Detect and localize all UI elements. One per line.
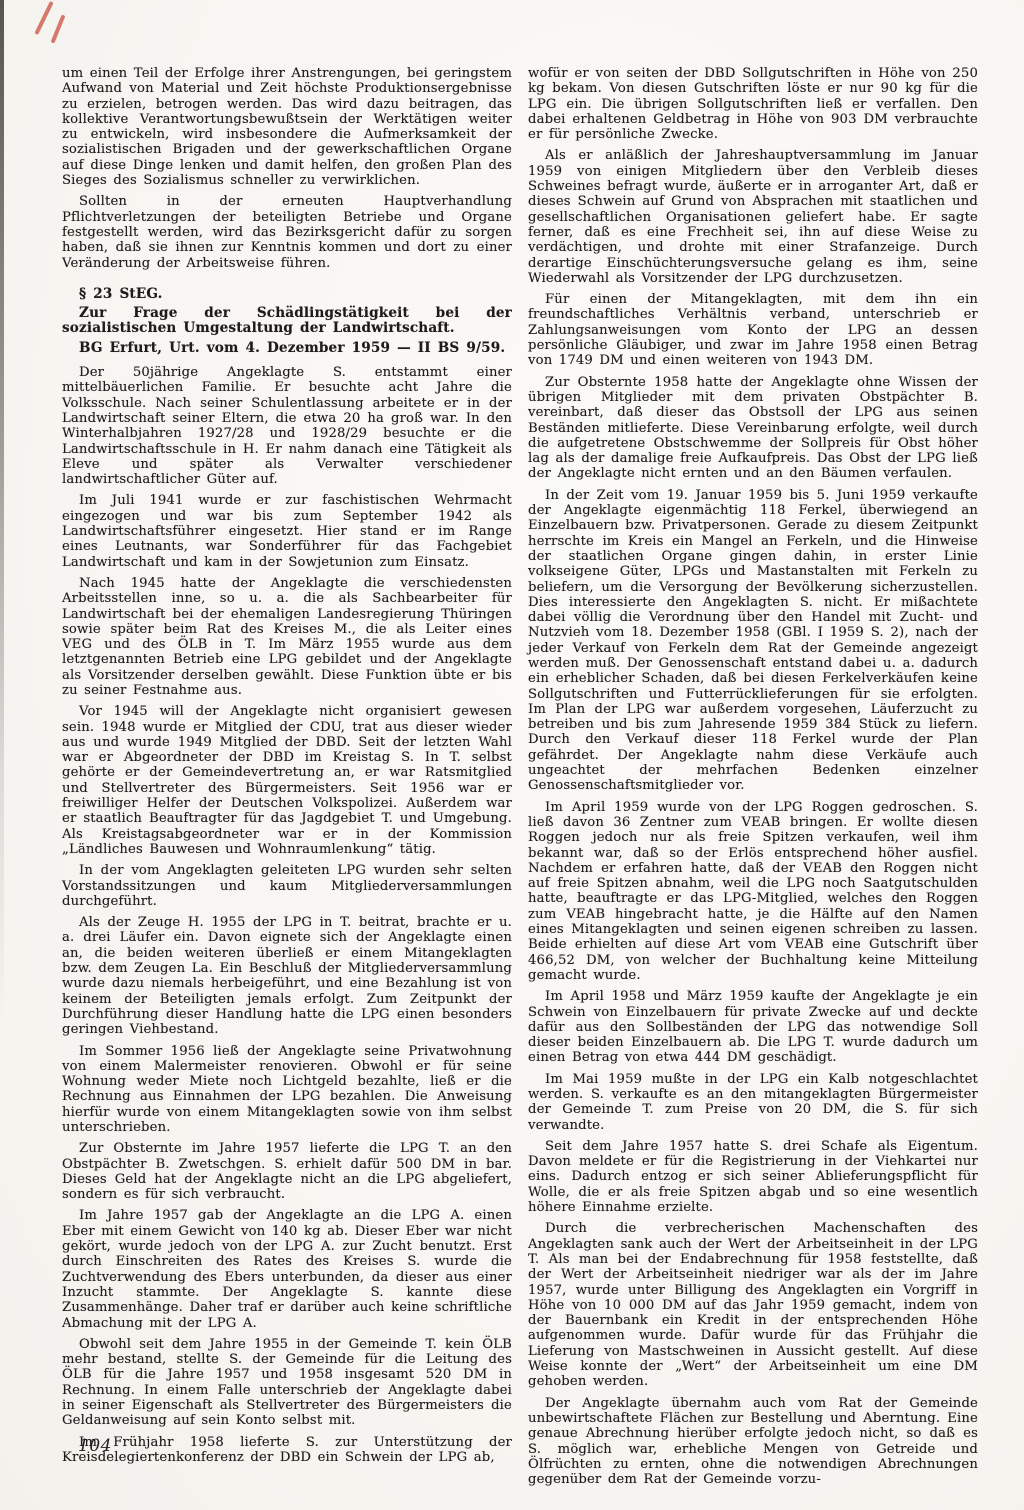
two-column-text-block: um einen Teil der Erfolge ihrer Anstreng…	[62, 66, 978, 1493]
pencil-stroke-icon	[51, 14, 66, 43]
body-paragraph: Im Sommer 1956 ließ der Angeklagte seine…	[62, 1044, 512, 1136]
body-paragraph: Der 50jährige Angeklagte S. entstammt ei…	[62, 365, 512, 487]
scan-edge-shadow	[0, 0, 4, 1020]
page-number: 104	[78, 1436, 112, 1456]
body-paragraph: In der vom Angeklagten geleiteten LPG wu…	[62, 863, 512, 909]
body-paragraph: um einen Teil der Erfolge ihrer Anstreng…	[62, 66, 512, 188]
red-pencil-mark-icon	[30, 0, 80, 70]
body-paragraph: Sollten in der erneuten Hauptverhandlung…	[62, 194, 512, 270]
left-column: um einen Teil der Erfolge ihrer Anstreng…	[62, 66, 512, 1493]
body-paragraph: Der Angeklagte übernahm auch vom Rat der…	[528, 1396, 978, 1488]
right-column: wofür er von seiten der DBD Sollgutschri…	[528, 66, 978, 1493]
body-paragraph: Vor 1945 will der Angeklagte nicht organ…	[62, 704, 512, 857]
body-paragraph: wofür er von seiten der DBD Sollgutschri…	[528, 66, 978, 142]
body-paragraph: Im April 1958 und März 1959 kaufte der A…	[528, 989, 978, 1065]
body-paragraph: Im Juli 1941 wurde er zur faschistischen…	[62, 493, 512, 569]
body-paragraph: Nach 1945 hatte der Angeklagte die versc…	[62, 576, 512, 698]
body-paragraph: Im Mai 1959 mußte in der LPG ein Kalb no…	[528, 1072, 978, 1133]
body-paragraph: Obwohl seit dem Jahre 1955 in der Gemein…	[62, 1337, 512, 1429]
body-paragraph: Zur Obsternte 1958 hatte der Angeklagte …	[528, 375, 978, 482]
body-paragraph: Seit dem Jahre 1957 hatte S. drei Schafe…	[528, 1139, 978, 1215]
pencil-stroke-icon	[34, 1, 53, 35]
body-paragraph: Zur Obsternte im Jahre 1957 lieferte die…	[62, 1141, 512, 1202]
body-paragraph: Im April 1959 wurde von der LPG Roggen g…	[528, 800, 978, 984]
court-reference: BG Erfurt, Urt. vom 4. Dezember 1959 — I…	[62, 341, 512, 356]
body-paragraph: Für einen der Mitangeklagten, mit dem ih…	[528, 292, 978, 368]
body-paragraph: Im Jahre 1957 gab der Angeklagte an die …	[62, 1208, 512, 1330]
statute-heading: § 23 StEG.	[62, 287, 512, 302]
body-paragraph: Als der Zeuge H. 1955 der LPG in T. beit…	[62, 915, 512, 1037]
body-paragraph: Im Frühjahr 1958 lieferte S. zur Unterst…	[62, 1435, 512, 1466]
body-paragraph: Durch die verbrecherischen Machenschafte…	[528, 1221, 978, 1389]
body-paragraph: In der Zeit vom 19. Januar 1959 bis 5. J…	[528, 488, 978, 794]
case-title: Zur Frage der Schädlingstätigkeit bei de…	[62, 306, 512, 337]
body-paragraph: Als er anläßlich der Jahreshauptversamml…	[528, 148, 978, 286]
scanned-document-page: um einen Teil der Erfolge ihrer Anstreng…	[0, 0, 1024, 1510]
